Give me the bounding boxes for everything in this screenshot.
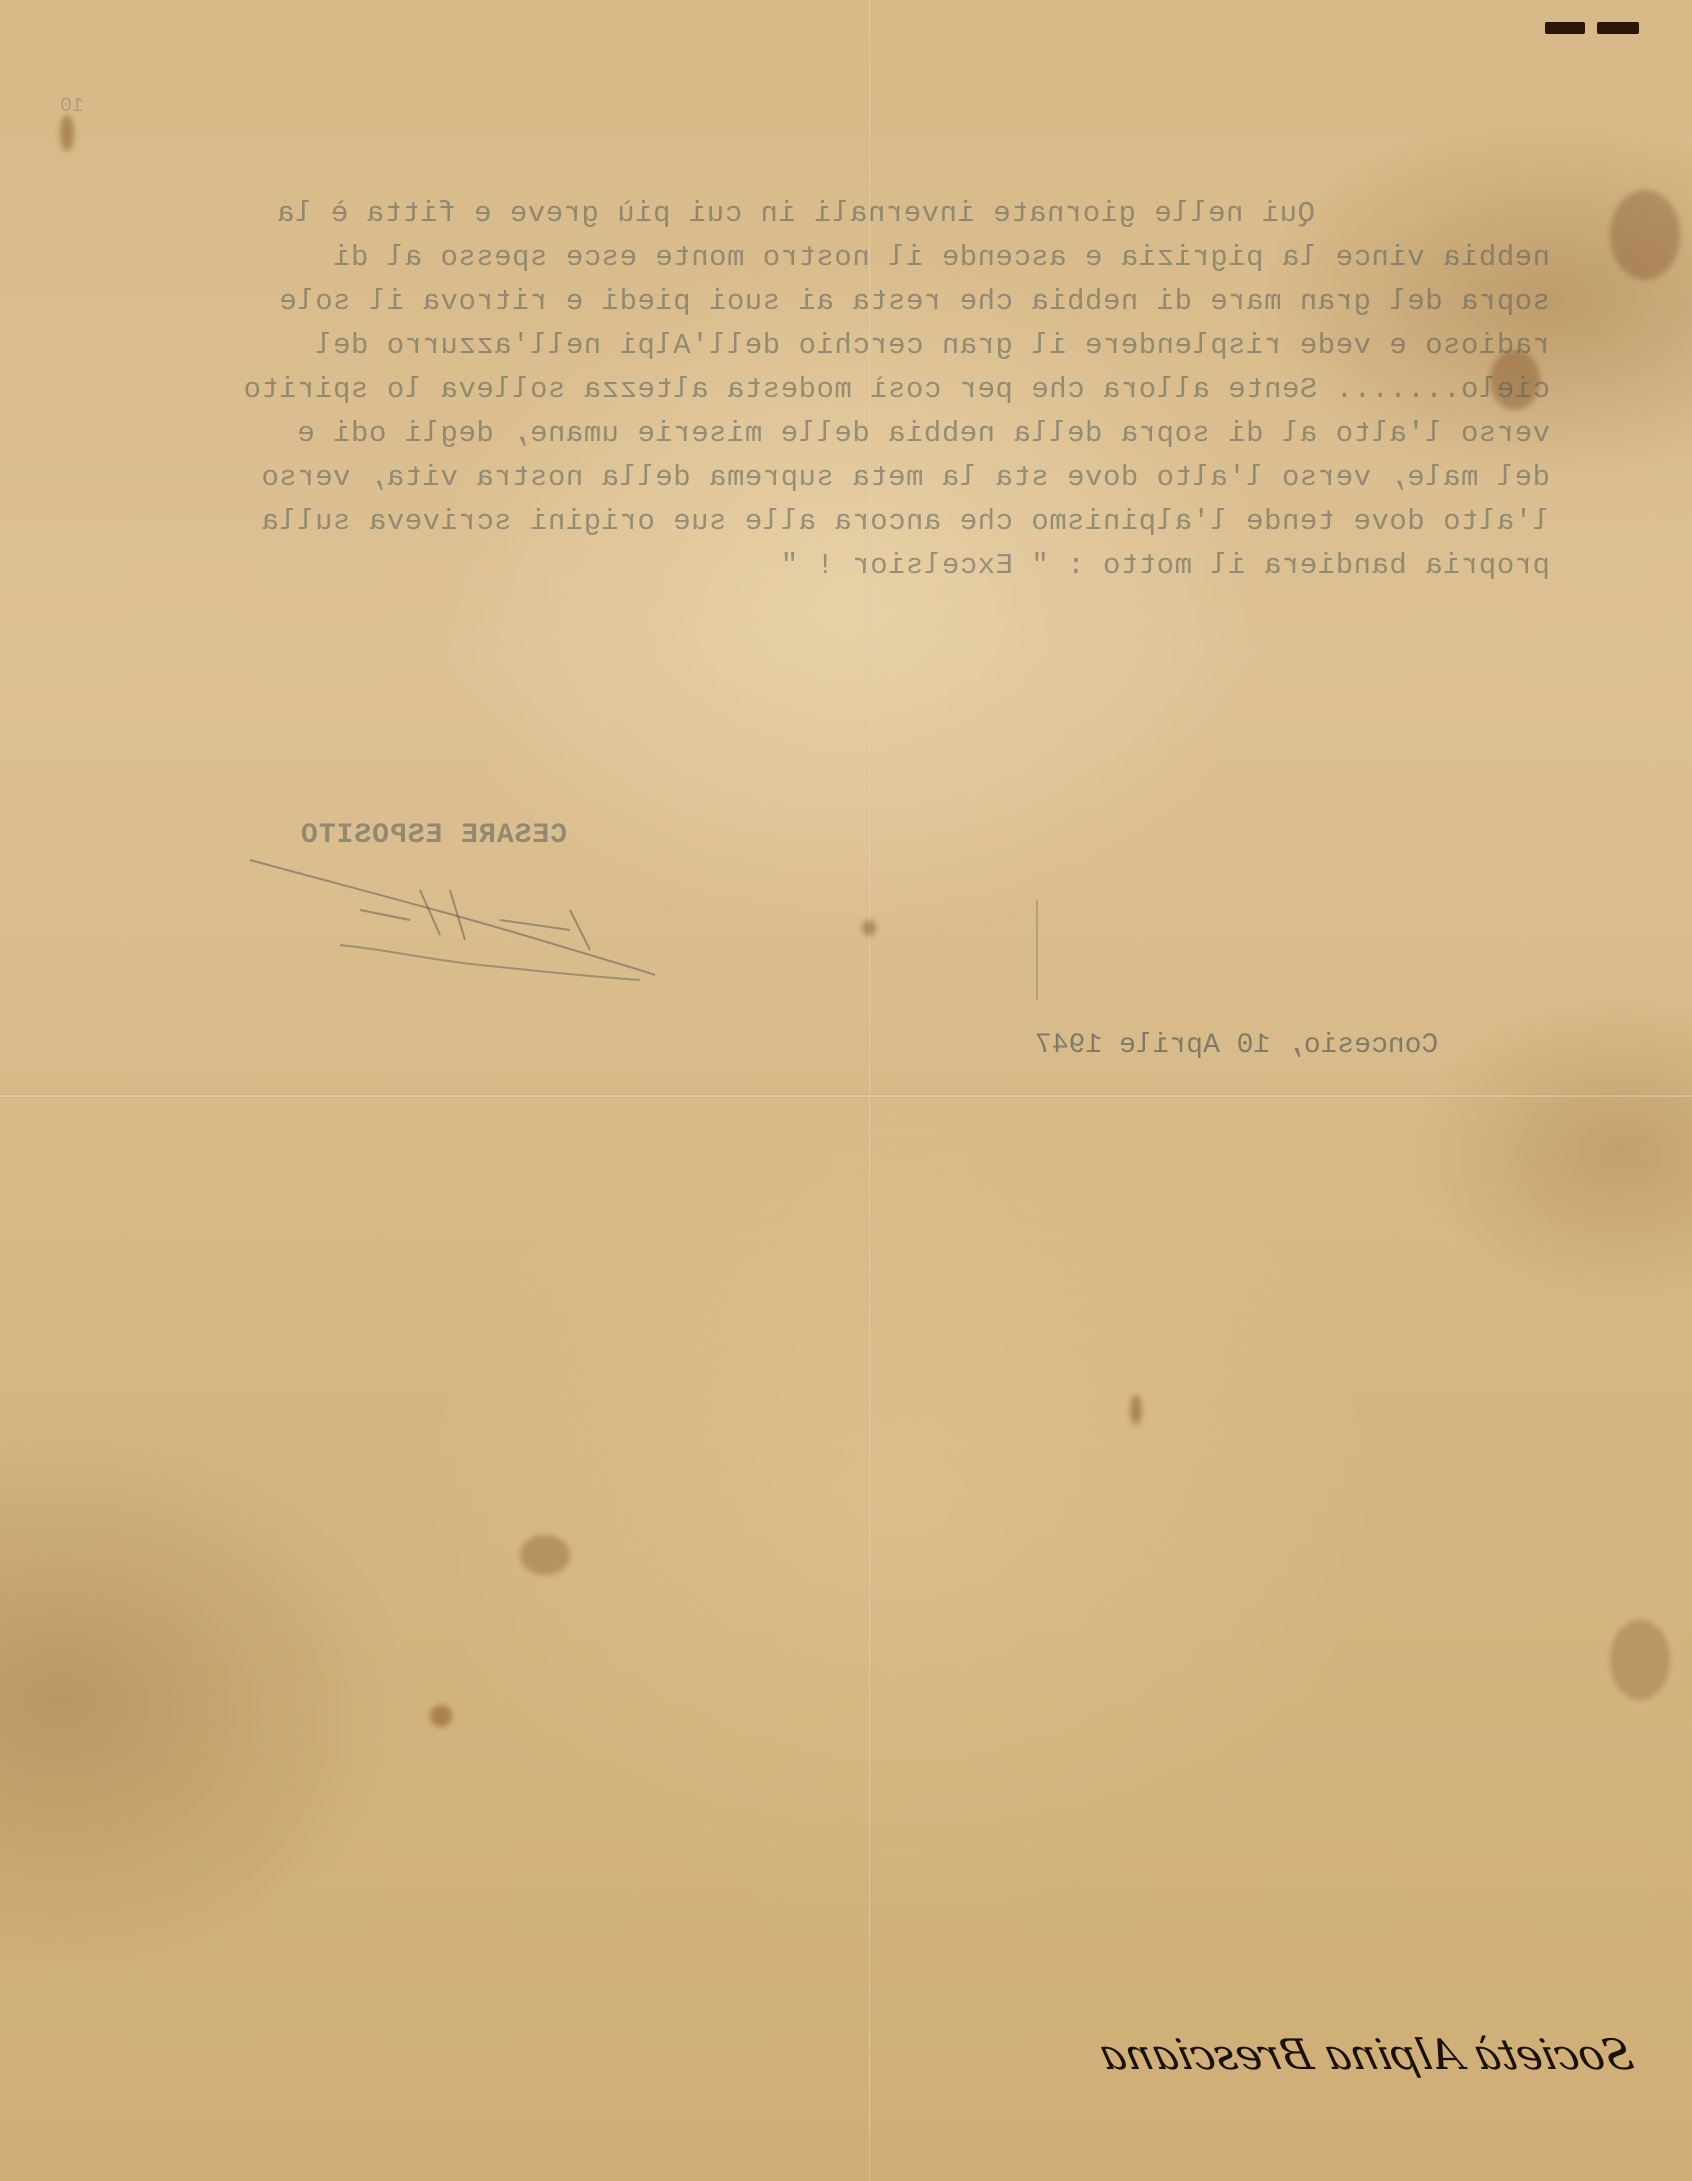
page-number-mark: 10: [60, 95, 84, 118]
stain: [430, 1705, 452, 1727]
stain: [1130, 1395, 1142, 1425]
body-line: radioso e vede risplendere il gran cerch…: [70, 324, 1550, 368]
scanned-page: 10 Qui nelle giornate invernali in cui p…: [0, 0, 1692, 2181]
stain: [60, 115, 74, 151]
stain: [1610, 1620, 1670, 1700]
staple-icon: [1545, 22, 1585, 34]
horizontal-fold-line: [0, 1094, 1692, 1098]
body-line: nebbia vince la pigrizia e ascende il no…: [70, 236, 1550, 280]
stain: [520, 1535, 570, 1575]
letterhead-text: Società Alpina Bresciana: [1094, 2030, 1638, 2079]
staple-icon: [1597, 22, 1639, 34]
body-line: del male, verso l'alto dove sta la meta …: [70, 456, 1550, 500]
body-line: propria bandiera il motto : " Excelsior …: [70, 544, 1550, 588]
body-line: verso l'alto al di sopra della nebbia de…: [70, 412, 1550, 456]
body-line: sopra del gran mare di nebbia che resta …: [70, 280, 1550, 324]
place-and-date: Concesio, 10 Aprile 1947: [1035, 1030, 1438, 1061]
vertical-mark: [1036, 900, 1038, 1000]
stain: [1610, 190, 1680, 280]
stain: [862, 920, 876, 936]
show-through-body-text: Qui nelle giornate invernali in cui più …: [70, 192, 1550, 588]
letterhead-script: Società Alpina Bresciana: [1100, 2030, 1632, 2079]
body-line: Qui nelle giornate invernali in cui più …: [70, 192, 1550, 236]
handwritten-signature-icon: [240, 850, 660, 990]
body-line: l'alto dove tende l'alpinismo che ancora…: [70, 500, 1550, 544]
signature-name: CESARE ESPOSITO: [300, 820, 567, 851]
body-line: cielo....... Sente allora che per così m…: [70, 368, 1550, 412]
